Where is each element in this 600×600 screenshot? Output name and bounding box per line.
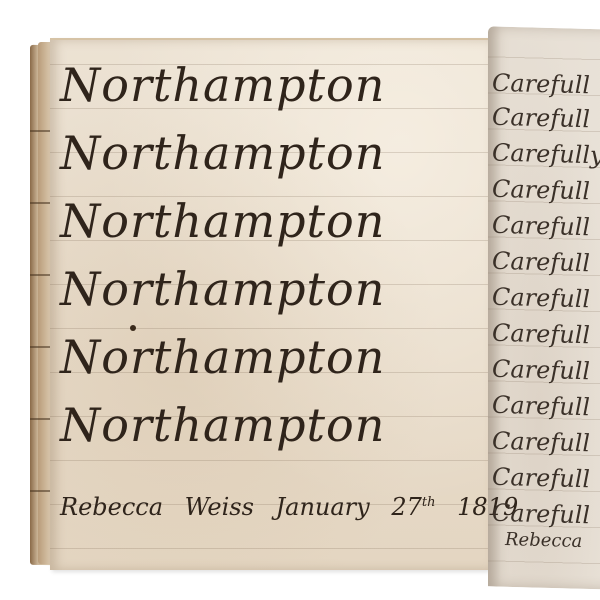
copy-line-right: Carefull bbox=[492, 103, 590, 134]
copy-line: Northampton bbox=[60, 126, 385, 180]
copy-line: Northampton bbox=[60, 330, 385, 384]
copy-line-right: Carefull bbox=[492, 499, 590, 530]
copy-line: Northampton bbox=[60, 194, 385, 248]
copy-line-right: Carefull bbox=[492, 211, 590, 242]
copy-line-right: Carefull bbox=[492, 427, 590, 458]
copy-line-right: Carefull bbox=[492, 69, 590, 100]
copy-line: Northampton bbox=[60, 262, 385, 316]
copy-line: Northampton bbox=[60, 398, 385, 452]
signature-date: January 27 bbox=[276, 493, 422, 521]
signature-line: Rebecca Weiss January 27th 1819 bbox=[60, 493, 518, 521]
copy-line-right: Carefully bbox=[492, 139, 600, 170]
copy-line-right: Carefull bbox=[492, 355, 590, 386]
right-page-signature: Rebecca bbox=[505, 529, 582, 552]
copy-line-right: Carefull bbox=[492, 319, 590, 350]
binding-stitch-marks bbox=[30, 60, 50, 550]
copy-line: Northampton bbox=[60, 58, 385, 112]
ink-blot bbox=[130, 325, 136, 331]
copy-line-right: Carefull bbox=[492, 283, 590, 314]
signature-name: Rebecca Weiss bbox=[60, 493, 254, 521]
copybook-photo: Northampton Northampton Northampton Nort… bbox=[0, 0, 600, 600]
copy-line-right: Carefull bbox=[492, 175, 590, 206]
copy-line-right: Carefull bbox=[492, 247, 590, 278]
copy-line-right: Carefull bbox=[492, 463, 590, 494]
copy-line-right: Carefull bbox=[492, 391, 590, 422]
signature-ordinal: th bbox=[422, 495, 436, 510]
